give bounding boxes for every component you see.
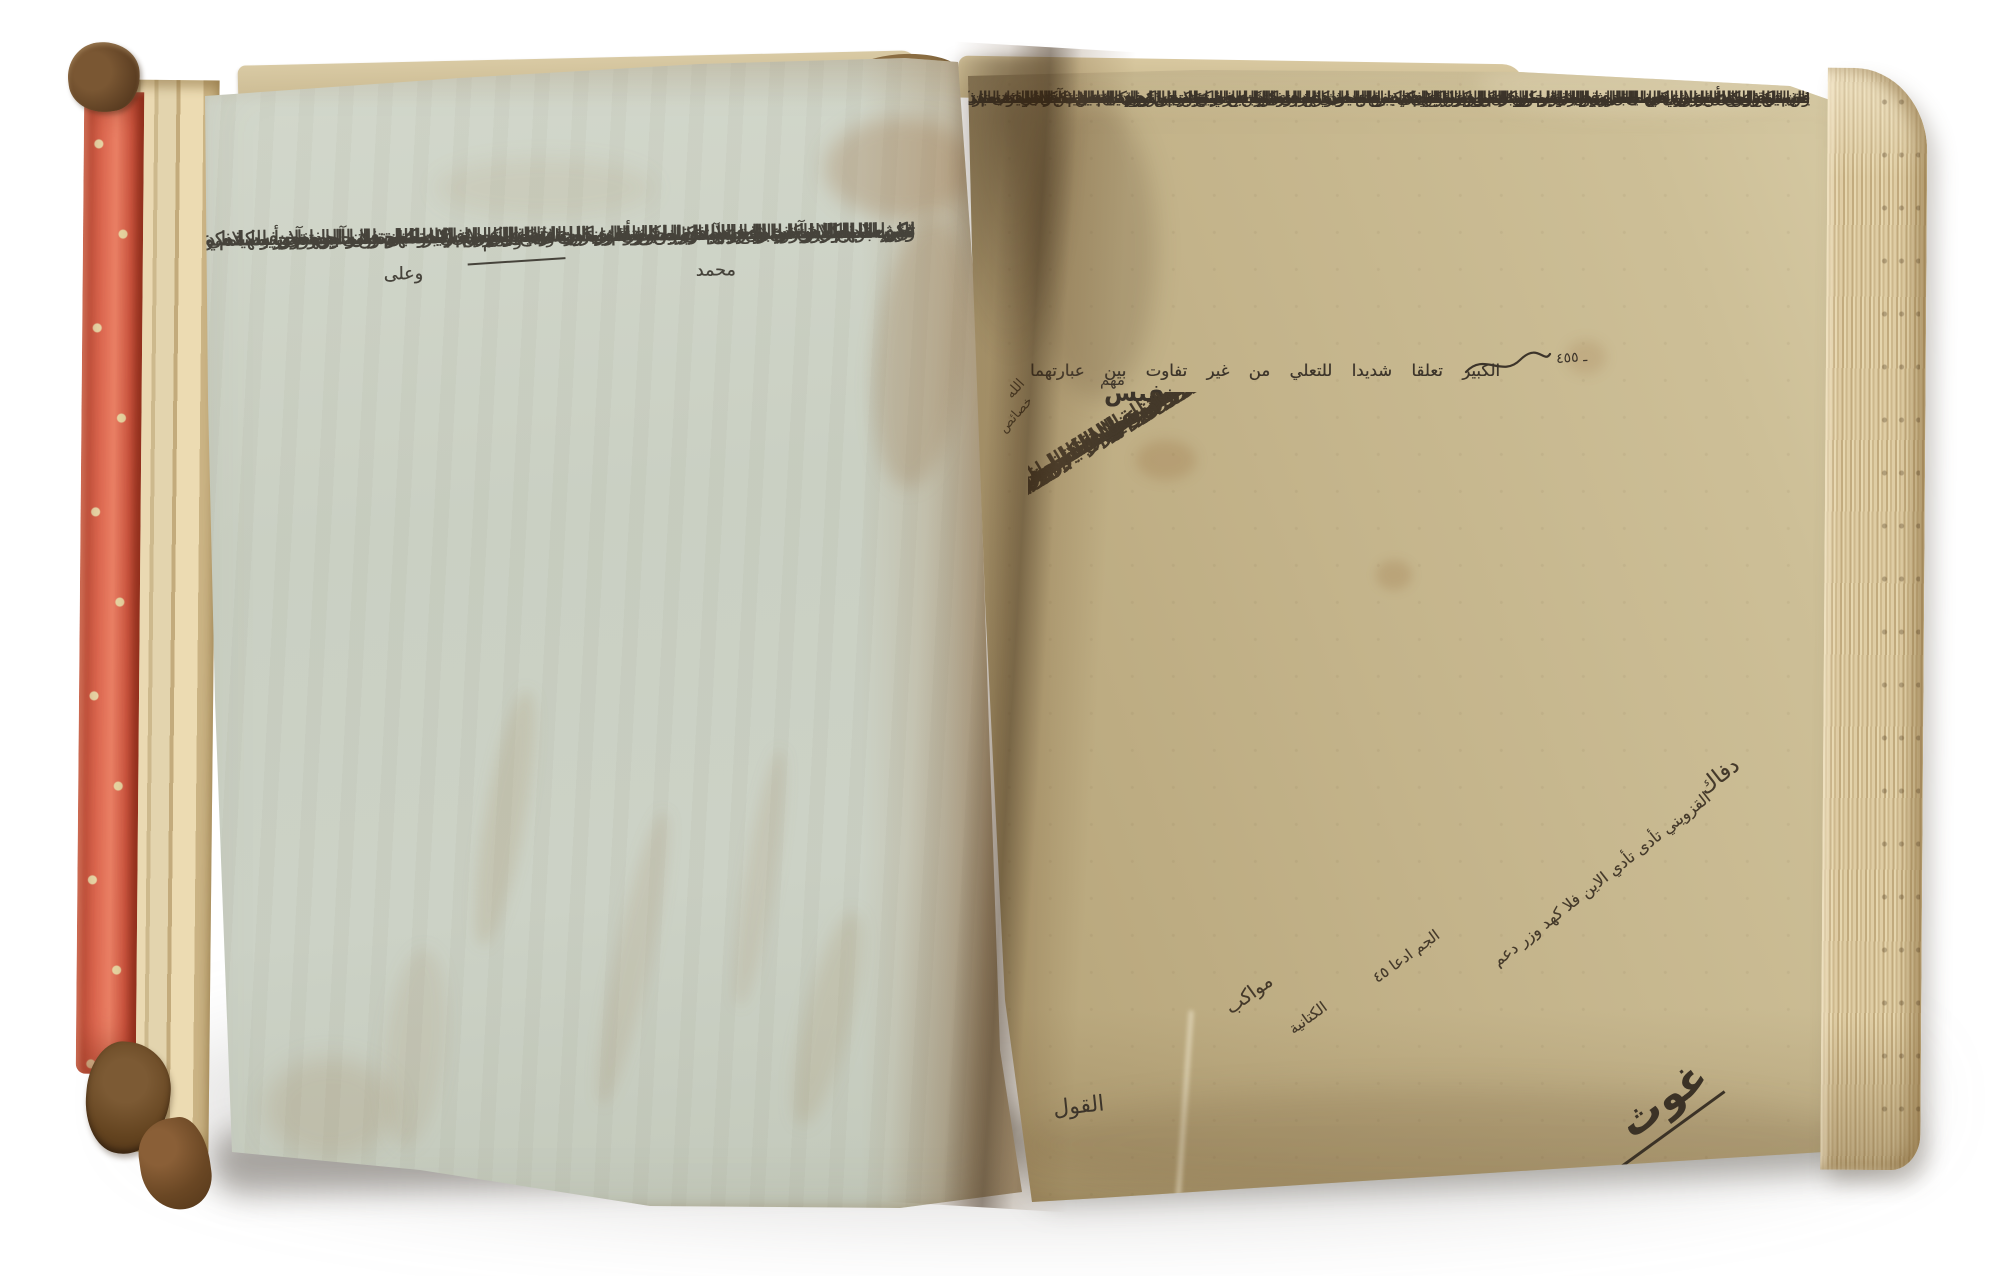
divider-flourish-swash <box>1462 348 1554 380</box>
paper-stain <box>463 687 548 950</box>
paper-stain <box>375 945 456 1150</box>
colophon-flourish-text: وآله وسلم <box>465 219 565 265</box>
manuscript-photo: البيت والظاهر ان رفع العدل من اولئك الطا… <box>0 0 2000 1276</box>
paper-stain <box>265 1058 395 1158</box>
left-page: البيت والظاهر ان رفع العدل من اولئك الطا… <box>185 48 1030 1216</box>
diagonal-gloss-block: فاذا اعترضت حلقة من الابدال قام مقامه رج… <box>1022 392 1814 1128</box>
catchword: القول <box>1052 1091 1106 1121</box>
right-page: فان المؤمن اذا عمل في حال شبابه وقوته وح… <box>956 40 1922 1220</box>
paper-stain <box>779 906 877 1131</box>
left-page-text-block: البيت والظاهر ان رفع العدل من اولئك الطا… <box>267 212 915 220</box>
divider-note: مهم <box>1100 371 1125 389</box>
paper-stain <box>725 747 795 1008</box>
diagonal-snippet: الكتانية <box>1285 998 1330 1038</box>
divider-number-mark: ـ ٤٥٥ <box>1555 349 1587 367</box>
paper-stain <box>435 158 655 218</box>
right-page-text-line: له مثل ما كان يعمل في صحته من الخير واذا… <box>907 84 1810 111</box>
paper-stain <box>584 808 682 1109</box>
fore-edge-speckles <box>1876 90 1920 1130</box>
paper-stain <box>861 214 979 492</box>
cloth-spine <box>76 92 145 1074</box>
paper-stain <box>1036 100 1156 400</box>
paper-stain <box>825 118 975 218</box>
